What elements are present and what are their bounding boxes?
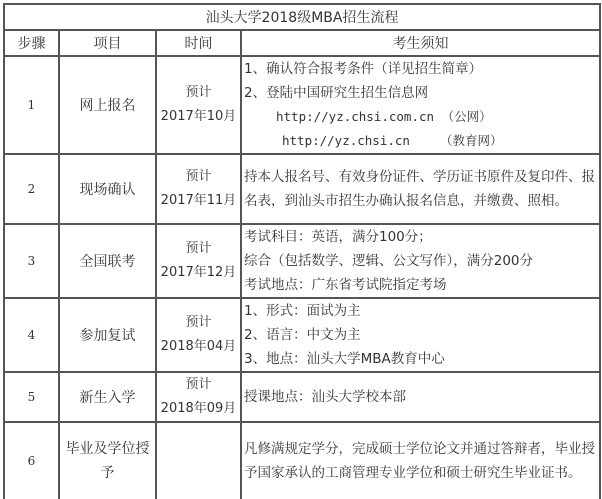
table-row: 6 毕业及学位授予 凡修满规定学分，完成硕士学位论文并通过答辩者，毕业授予国家承… <box>4 422 600 499</box>
step-time: 预计 2017年10月 <box>156 56 241 154</box>
step-item: 参加复试 <box>59 298 156 372</box>
time-prefix: 预计 <box>159 311 238 335</box>
note-line: 授课地点：汕头大学校本部 <box>244 385 597 409</box>
note-line: 1、形式：面试为主 <box>244 299 597 323</box>
note-line: 考试地点：广东省考试院指定考场 <box>244 273 597 297</box>
time-prefix: 预计 <box>159 237 238 261</box>
table-title: 汕头大学2018级MBA招生流程 <box>4 4 600 30</box>
header-step: 步骤 <box>4 30 59 56</box>
step-number: 1 <box>4 56 59 154</box>
step-number: 5 <box>4 372 59 422</box>
title-row: 汕头大学2018级MBA招生流程 <box>4 4 600 30</box>
step-number: 4 <box>4 298 59 372</box>
time-prefix: 预计 <box>159 81 238 105</box>
mba-admission-flow-table: 汕头大学2018级MBA招生流程 步骤 项目 时间 考生须知 1 网上报名 预计… <box>3 3 601 499</box>
note-link-public[interactable]: http://yz.chsi.com.cn （公网） <box>244 105 597 129</box>
step-time: 预计 2017年11月 <box>156 154 241 224</box>
step-item: 现场确认 <box>59 154 156 224</box>
note-line: 持本人报名号、有效身份证件、学历证书原件及复印件、报名表，到汕头市招生办确认报名… <box>244 165 597 213</box>
note-line: 1、确认符合报考条件（详见招生简章） <box>244 57 597 81</box>
time-prefix: 预计 <box>159 165 238 189</box>
time-value: 2017年10月 <box>159 105 238 129</box>
step-notes: 1、确认符合报考条件（详见招生简章） 2、登陆中国研究生招生信息网 http:/… <box>241 56 600 154</box>
time-value: 2018年04月 <box>159 335 238 359</box>
step-item: 网上报名 <box>59 56 156 154</box>
header-notes: 考生须知 <box>241 30 600 56</box>
time-prefix: 预计 <box>159 373 238 397</box>
note-line: 考试科目：英语，满分100分； <box>244 225 597 249</box>
table-row: 3 全国联考 预计 2017年12月 考试科目：英语，满分100分； 综合（包括… <box>4 224 600 298</box>
step-time <box>156 422 241 499</box>
time-value: 2017年11月 <box>159 189 238 213</box>
step-notes: 授课地点：汕头大学校本部 <box>241 372 600 422</box>
step-number: 2 <box>4 154 59 224</box>
time-value: 2018年09月 <box>159 397 238 421</box>
table-row: 5 新生入学 预计 2018年09月 授课地点：汕头大学校本部 <box>4 372 600 422</box>
note-line: 2、语言：中文为主 <box>244 323 597 347</box>
step-notes: 1、形式：面试为主 2、语言：中文为主 3、地点：汕头大学MBA教育中心 <box>241 298 600 372</box>
step-notes: 凡修满规定学分，完成硕士学位论文并通过答辩者，毕业授予国家承认的工商管理专业学位… <box>241 422 600 499</box>
note-link-edu[interactable]: http://yz.chsi.cn （教育网） <box>244 129 597 153</box>
step-item: 全国联考 <box>59 224 156 298</box>
table-row: 1 网上报名 预计 2017年10月 1、确认符合报考条件（详见招生简章） 2、… <box>4 56 600 154</box>
step-notes: 考试科目：英语，满分100分； 综合（包括数学、逻辑、公文写作），满分200分 … <box>241 224 600 298</box>
table-row: 4 参加复试 预计 2018年04月 1、形式：面试为主 2、语言：中文为主 3… <box>4 298 600 372</box>
note-line: 2、登陆中国研究生招生信息网 <box>244 81 597 105</box>
step-notes: 持本人报名号、有效身份证件、学历证书原件及复印件、报名表，到汕头市招生办确认报名… <box>241 154 600 224</box>
step-time: 预计 2017年12月 <box>156 224 241 298</box>
step-number: 6 <box>4 422 59 499</box>
note-line: 凡修满规定学分，完成硕士学位论文并通过答辩者，毕业授予国家承认的工商管理专业学位… <box>244 437 597 485</box>
time-value: 2017年12月 <box>159 261 238 285</box>
note-line: 3、地点：汕头大学MBA教育中心 <box>244 347 597 371</box>
header-time: 时间 <box>156 30 241 56</box>
header-row: 步骤 项目 时间 考生须知 <box>4 30 600 56</box>
table-row: 2 现场确认 预计 2017年11月 持本人报名号、有效身份证件、学历证书原件及… <box>4 154 600 224</box>
header-item: 项目 <box>59 30 156 56</box>
step-time: 预计 2018年04月 <box>156 298 241 372</box>
step-item: 毕业及学位授予 <box>59 422 156 499</box>
note-line: 综合（包括数学、逻辑、公文写作），满分200分 <box>244 249 597 273</box>
step-item: 新生入学 <box>59 372 156 422</box>
step-number: 3 <box>4 224 59 298</box>
step-time: 预计 2018年09月 <box>156 372 241 422</box>
